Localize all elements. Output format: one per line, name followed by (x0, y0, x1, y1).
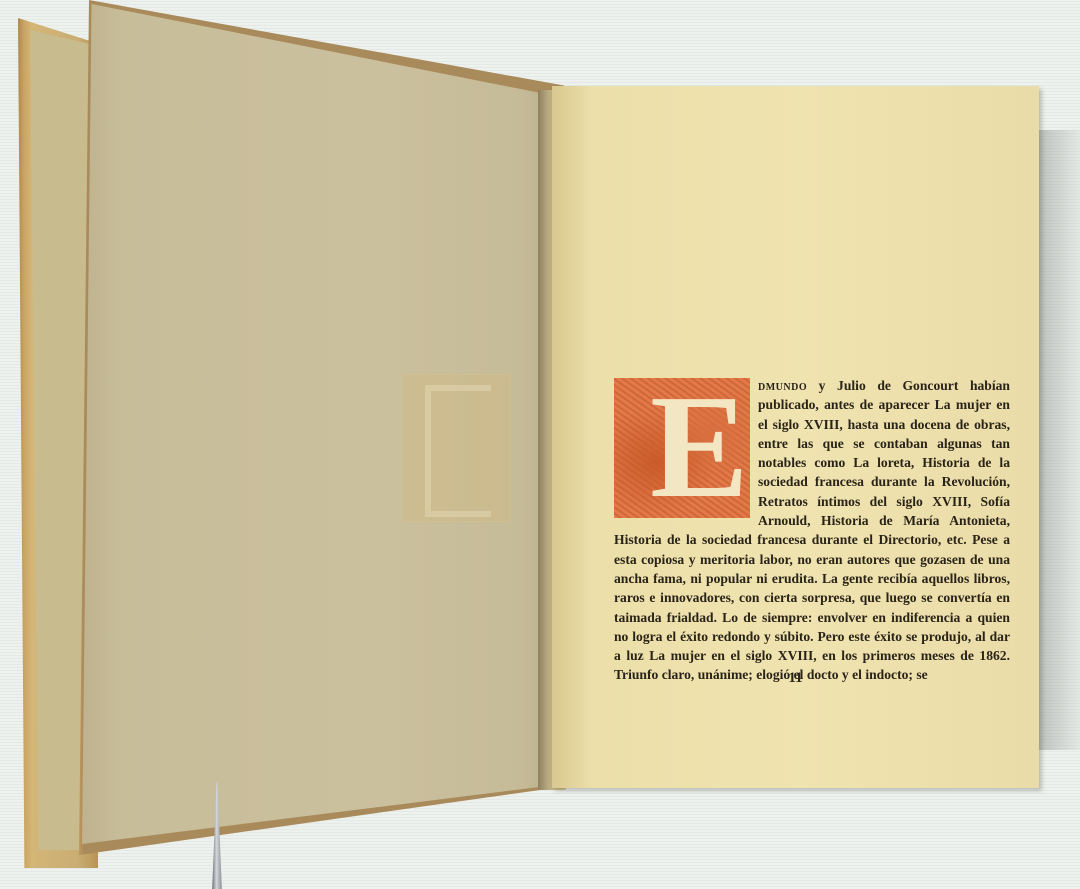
book-photo-scene: E dmundo y Julio de Goncourt habían publ… (0, 0, 1080, 889)
decorative-initial-drop-cap: E (614, 378, 750, 518)
lead-in-smallcaps: dmundo (758, 378, 807, 393)
show-through-letter-shape (425, 385, 491, 517)
page-number: 11 (552, 670, 1039, 687)
body-text-block: E dmundo y Julio de Goncourt habían publ… (614, 376, 1010, 685)
drop-cap-letter: E (650, 388, 722, 506)
show-through-initial (402, 374, 510, 522)
right-page: E dmundo y Julio de Goncourt habían publ… (552, 86, 1039, 788)
